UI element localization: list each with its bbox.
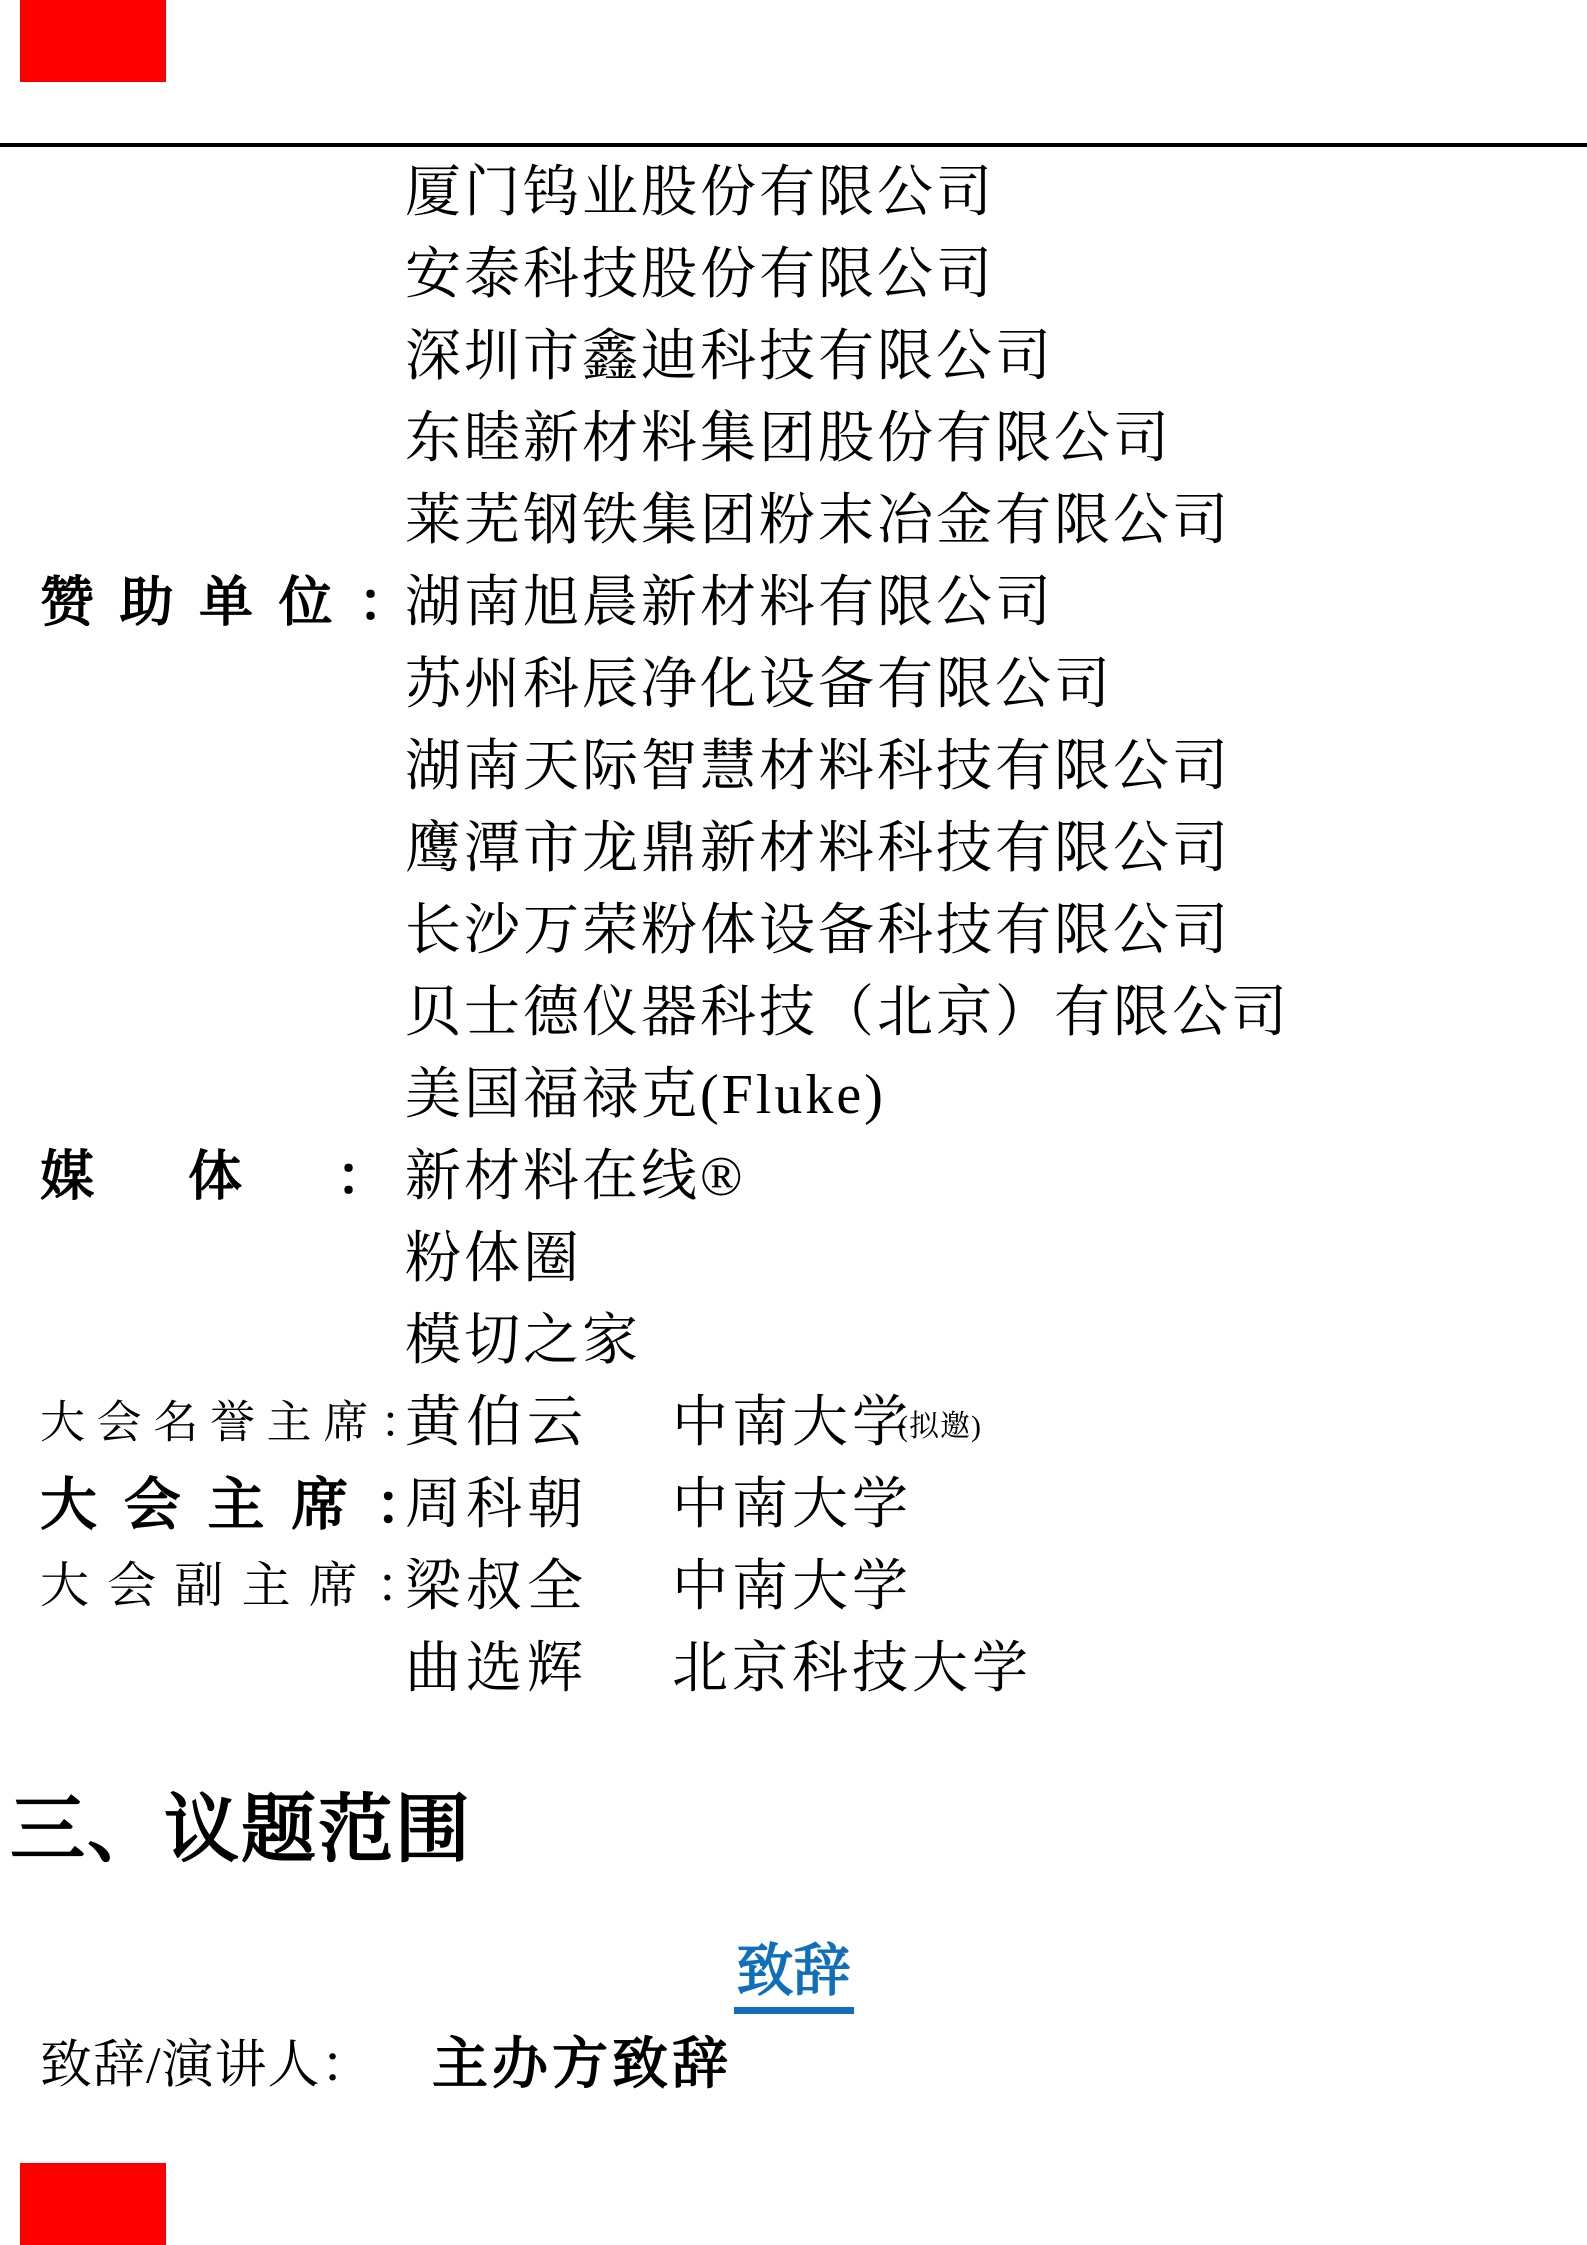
row-text: 湖南天际智慧材料科技有限公司 [405,722,1231,802]
row-text: 安泰科技股份有限公司 [405,230,995,310]
speaker-value: 主办方致辞 [432,2020,732,2100]
list-row: 安泰科技股份有限公司 [0,229,1587,311]
list-row: 厦门钨业股份有限公司 [0,147,1587,229]
vice-chair-row-2: 曲选辉 北京科技大学 [0,1623,1587,1705]
list-row: 粉体圈 [0,1213,1587,1295]
chair-label: 大会主席： [40,1459,432,1541]
list-row: 湖南天际智慧材料科技有限公司 [0,721,1587,803]
row-text: 东睦新材料集团股份有限公司 [405,394,1172,474]
section-heading: 三、议题范围 [10,1788,472,1871]
list-row: 东睦新材料集团股份有限公司 [0,393,1587,475]
red-page-artifact-bottom [20,2163,166,2245]
page-body: 厦门钨业股份有限公司 安泰科技股份有限公司 深圳市鑫迪科技有限公司 东睦新材料集… [0,147,1587,1705]
honorary-chair-org: 中南大学 [672,1378,912,1458]
honorary-chair-label: 大会名誉主席： [40,1386,425,1451]
row-label: 媒体： [40,1134,390,1211]
list-row: 贝士德仪器科技（北京）有限公司 [0,967,1587,1049]
list-row: 美国福禄克(Fluke) [0,1049,1587,1131]
honorary-chair-note: (拟邀) [898,1401,982,1445]
list-row: 赞助单位： 湖南旭晨新材料有限公司 [0,557,1587,639]
vice-chair-2-name: 曲选辉 [405,1624,588,1704]
red-page-artifact-top [20,0,166,82]
list-row: 苏州科辰净化设备有限公司 [0,639,1587,721]
row-label: 赞助单位： [40,560,412,637]
row-text: 深圳市鑫迪科技有限公司 [405,312,1054,392]
row-text: 美国福禄克(Fluke) [405,1050,886,1130]
list-row: 长沙万荣粉体设备科技有限公司 [0,885,1587,967]
vice-chair-2-org: 北京科技大学 [672,1624,1032,1704]
list-row: 莱芜钢铁集团粉末冶金有限公司 [0,475,1587,557]
honorary-chair-name: 黄伯云 [405,1378,588,1458]
list-row: 深圳市鑫迪科技有限公司 [0,311,1587,393]
row-text: 厦门钨业股份有限公司 [405,148,995,228]
vice-chair-name: 梁叔全 [405,1542,588,1622]
row-text: 鹰潭市龙鼎新材料科技有限公司 [405,804,1231,884]
row-text: 贝士德仪器科技（北京）有限公司 [405,968,1290,1048]
chair-name: 周科朝 [405,1460,588,1540]
row-text: 新材料在线® [405,1132,746,1212]
vice-chair-row: 大会副主席： 梁叔全 中南大学 [0,1541,1587,1623]
row-text: 莱芜钢铁集团粉末冶金有限公司 [405,476,1231,556]
chair-row: 大会主席： 周科朝 中南大学 [0,1459,1587,1541]
row-text: 粉体圈 [405,1214,582,1294]
honorary-chair-row: 大会名誉主席： 黄伯云 中南大学 (拟邀) [0,1377,1587,1459]
row-text: 湖南旭晨新材料有限公司 [405,558,1054,638]
sponsor-media-list: 厦门钨业股份有限公司 安泰科技股份有限公司 深圳市鑫迪科技有限公司 东睦新材料集… [0,147,1587,1377]
speaker-label: 致辞/演讲人： [40,2023,373,2098]
speaker-row: 致辞/演讲人： 主办方致辞 [0,2022,1587,2098]
row-text: 苏州科辰净化设备有限公司 [405,640,1113,720]
subsection-link[interactable]: 致辞 [734,1940,854,2014]
list-row: 媒体： 新材料在线® [0,1131,1587,1213]
list-row: 模切之家 [0,1295,1587,1377]
row-text: 模切之家 [405,1296,641,1376]
row-text: 长沙万荣粉体设备科技有限公司 [405,886,1231,966]
chair-org: 中南大学 [672,1460,912,1540]
vice-chair-org: 中南大学 [672,1542,912,1622]
vice-chair-label: 大会副主席： [40,1547,425,1617]
list-row: 鹰潭市龙鼎新材料科技有限公司 [0,803,1587,885]
